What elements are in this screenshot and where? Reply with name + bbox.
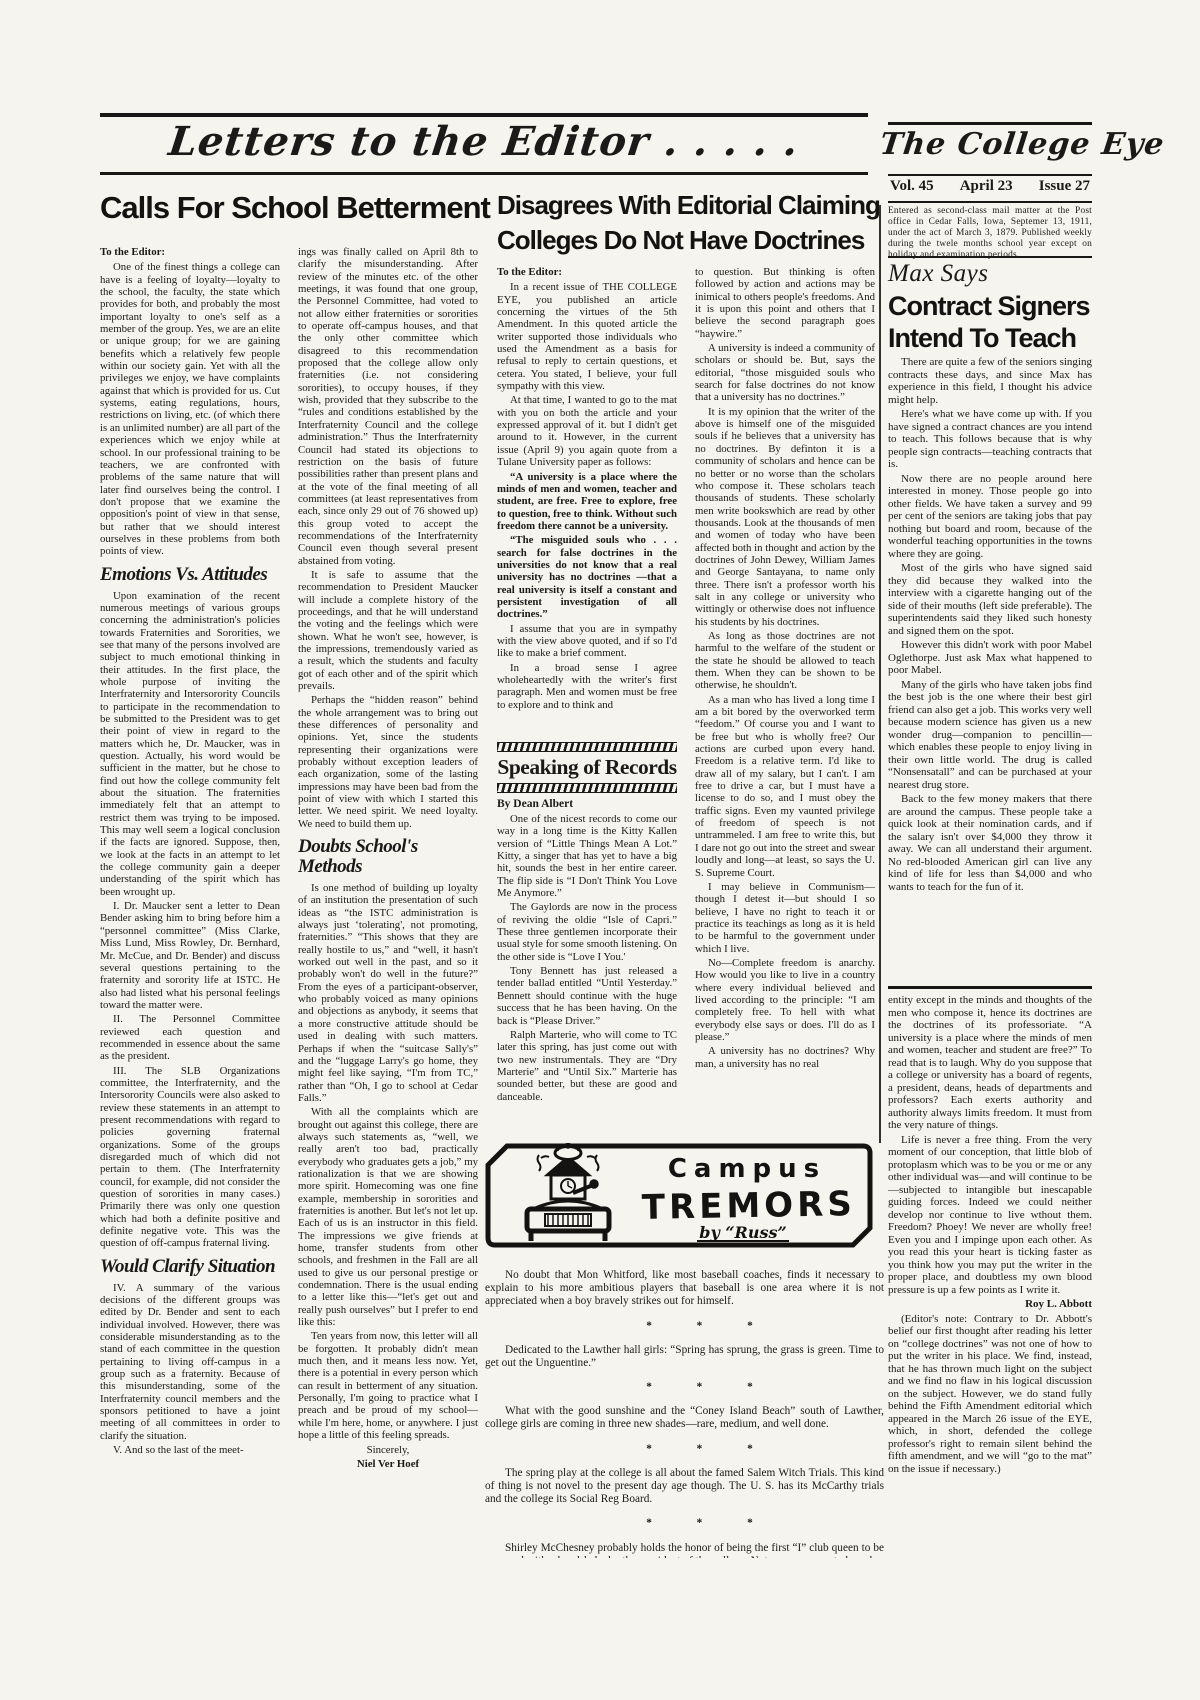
letters-section-title: Letters to the Editor . . . . .	[166, 118, 801, 165]
column-1-betterment-letter: To the Editor:One of the finest things a…	[100, 246, 280, 1560]
masthead-rule-3	[888, 256, 1092, 258]
campanile-drawing	[527, 1144, 609, 1242]
text-block: Is one method of building up loyalty of …	[298, 882, 478, 1104]
cartoon-byline: by “Russ”	[699, 1223, 786, 1242]
text-block: At that time, I wanted to go to the mat …	[497, 394, 677, 468]
text-block: What with the good sunshine and the “Con…	[485, 1405, 884, 1431]
records-rope-border-top	[497, 742, 677, 752]
volume-label: Vol. 45	[890, 178, 934, 195]
text-block: Life is never a free thing. From the ver…	[888, 1134, 1092, 1297]
text-block: * * *	[485, 1517, 884, 1530]
issue-number: Issue 27	[1039, 178, 1090, 195]
text-block: I. Dr. Maucker sent a letter to Dean Ben…	[100, 900, 280, 1011]
text-block: Upon examination of the recent numerous …	[100, 590, 280, 899]
column-divider-rule	[879, 205, 881, 1143]
text-block: In a broad sense I agree wholeheartedly …	[497, 662, 677, 711]
max-headline-line1: Contract Signers	[888, 290, 1094, 322]
records-rope-border-bottom	[497, 783, 677, 793]
text-block: to question. But thinking is often follo…	[695, 266, 875, 340]
masthead-rule-1	[888, 174, 1092, 176]
newspaper-page: { "header": { "section_title": "Letters …	[0, 0, 1200, 1700]
text-block: * * *	[485, 1443, 884, 1456]
text-block: ings was finally called on April 8th to …	[298, 246, 478, 567]
speaking-of-records-section: Speaking of Records By Dean Albert One o…	[497, 742, 677, 1143]
text-block: Doubts School's Methods	[298, 837, 478, 877]
text-block: Tony Bennett has just released a tender …	[497, 965, 677, 1027]
text-block: In a recent issue of THE COLLEGE EYE, yo…	[497, 281, 677, 392]
column-3-doctrines-letter: To the Editor:In a recent issue of THE C…	[497, 266, 677, 740]
column-5-max-says-body: There are quite a few of the seniors sin…	[888, 356, 1092, 984]
text-block: “A university is a place where the minds…	[497, 471, 677, 533]
max-says-kicker: Max Says	[888, 260, 989, 288]
clock-hands	[568, 1181, 572, 1188]
text-block: Dedicated to the Lawther hall girls: “Sp…	[485, 1344, 884, 1370]
betterment-headline: Calls For School Betterment	[100, 192, 492, 225]
text-block: II. The Personnel Committee reviewed eac…	[100, 1013, 280, 1062]
bed-grill-slats	[548, 1214, 588, 1226]
entered-notice: Entered as second-class mail matter at t…	[888, 206, 1092, 261]
text-block: Niel Ver Hoef	[298, 1458, 478, 1470]
doctrines-headline-line1: Disagrees With Editorial Claiming	[497, 188, 887, 223]
text-block: Would Clarify Situation	[100, 1257, 280, 1277]
text-block: Most of the girls who have signed said t…	[888, 562, 1092, 637]
text-block: Emotions Vs. Attitudes	[100, 565, 280, 585]
text-block: The spring play at the college is all ab…	[485, 1467, 884, 1506]
records-body: One of the nicest records to come our wa…	[497, 813, 677, 1143]
volume-row: Vol. 45 April 23 Issue 27	[890, 178, 1090, 195]
records-byline: By Dean Albert	[497, 798, 677, 810]
text-block: However this didn't work with poor Mabel…	[888, 639, 1092, 677]
text-block: Roy L. Abbott	[888, 1298, 1092, 1311]
doctrines-headline-line2: Colleges Do Not Have Doctrines	[497, 223, 887, 258]
text-block: III. The SLB Organizations committee, th…	[100, 1065, 280, 1250]
text-block: A university has no doctrines? Why man, …	[695, 1045, 875, 1070]
masthead-title-wrap: The College Eye	[880, 127, 1096, 162]
cartoon-title-line2: TREMORS	[641, 1184, 856, 1228]
text-block: “The misguided souls who . . . search fo…	[497, 534, 677, 620]
masthead-rule-2	[888, 201, 1092, 203]
text-block: No—Complete freedom is anarchy. How woul…	[695, 957, 875, 1043]
max-headline-line2: Intend To Teach	[888, 322, 1094, 354]
top-rule-right	[888, 122, 1092, 125]
text-block: * * *	[485, 1381, 884, 1394]
cartoon-title-line1: Campus	[668, 1154, 826, 1184]
banjo-head	[591, 1181, 598, 1188]
tremors-briefs: No doubt that Mon Whitford, like most ba…	[485, 1258, 884, 1558]
text-block: There are quite a few of the seniors sin…	[888, 356, 1092, 406]
text-block: One of the nicest records to come our wa…	[497, 813, 677, 899]
text-block: It is my opinion that the writer of the …	[695, 406, 875, 628]
column-5-doctrines-continuation: entity except in the minds and thoughts …	[888, 994, 1092, 1560]
text-block: IV. A summary of the various decisions o…	[100, 1282, 280, 1442]
records-headline: Speaking of Records	[497, 755, 677, 780]
column-4-doctrines-letter: to question. But thinking is often follo…	[695, 266, 875, 1142]
issue-date: April 23	[960, 178, 1013, 195]
dome-finial	[566, 1144, 570, 1148]
text-block: * * *	[485, 1320, 884, 1333]
text-block: Here's what we have come up with. If you…	[888, 408, 1092, 471]
rule-below-section-title	[100, 172, 868, 175]
text-block: No doubt that Mon Whitford, like most ba…	[485, 1269, 884, 1308]
campus-tremors-cartoon-box: Campus TREMORS by “Russ”	[485, 1143, 873, 1248]
text-block: One of the finest things a college can h…	[100, 261, 280, 557]
text-block: Shirley McChesney probably holds the hon…	[485, 1542, 884, 1558]
column-2-betterment-letter: ings was finally called on April 8th to …	[298, 246, 478, 1560]
text-block: (Editor's note: Contrary to Dr. Abbott's…	[888, 1313, 1092, 1476]
rule-above-letter-continuation	[888, 986, 1092, 989]
text-block: As a man who has lived a long time I am …	[695, 694, 875, 879]
text-block: A university is indeed a community of sc…	[695, 342, 875, 404]
text-block: Back to the few money makers that there …	[888, 793, 1092, 893]
text-block: The Gaylords are now in the process of r…	[497, 901, 677, 963]
text-block: Now there are no people around here inte…	[888, 473, 1092, 561]
text-block: With all the complaints which are brough…	[298, 1106, 478, 1328]
text-block: To the Editor:	[497, 266, 677, 278]
text-block: It is safe to assume that the recommenda…	[298, 569, 478, 692]
campus-tremors-cartoon: Campus TREMORS by “Russ”	[485, 1143, 873, 1248]
doctrines-headline: Disagrees With Editorial Claiming Colleg…	[497, 188, 887, 258]
text-block: Ralph Marterie, who will come to TC late…	[497, 1029, 677, 1103]
text-block: V. And so the last of the meet-	[100, 1444, 280, 1456]
text-block: I may believe in Communism—though I dete…	[695, 881, 875, 955]
max-headline: Contract Signers Intend To Teach	[888, 290, 1094, 354]
text-block: entity except in the minds and thoughts …	[888, 994, 1092, 1132]
masthead-title: The College Eye	[878, 127, 1167, 162]
text-block: Many of the girls who have taken jobs fi…	[888, 679, 1092, 792]
top-rule-left	[100, 113, 868, 117]
text-block: I assume that you are in sympathy with t…	[497, 623, 677, 660]
text-block: Perhaps the “hidden reason” behind the w…	[298, 694, 478, 830]
text-block: As long as those doctrines are not harmf…	[695, 630, 875, 692]
letters-section-title-wrap: Letters to the Editor . . . . .	[100, 118, 868, 165]
text-block: Ten years from now, this letter will all…	[298, 1330, 478, 1441]
text-block: To the Editor:	[100, 246, 280, 258]
text-block: Sincerely,	[298, 1444, 478, 1456]
